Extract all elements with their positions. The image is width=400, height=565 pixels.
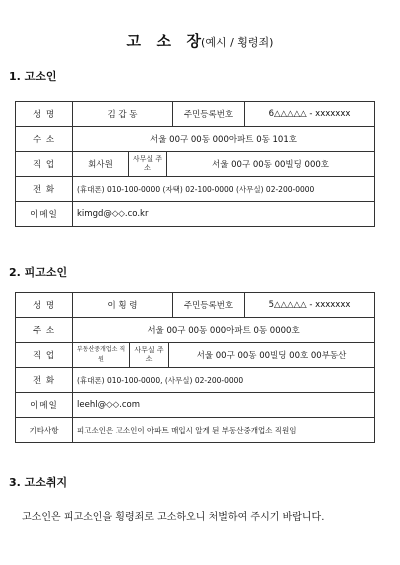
table-row: 전 화 (휴대폰) 010-100-0000 (자택) 02-100-0000 … bbox=[16, 177, 375, 202]
section-heading-purpose: 3. 고소취지 bbox=[9, 474, 67, 490]
table-row: 전 화 (휴대폰) 010-100-0000, (사무실) 02-200-000… bbox=[16, 368, 375, 393]
rrn-value: 6△△△△△ - xxxxxxx bbox=[245, 102, 375, 127]
rrn-label: 주민등록번호 bbox=[173, 293, 245, 318]
document-title: 고 소 장(예시 / 횡령죄) bbox=[0, 30, 400, 51]
email-value: leehl@◇◇.com bbox=[73, 393, 375, 418]
other-value: 피고소인은 고소인이 아파트 매입시 알게 된 부동산중개업소 직원임 bbox=[73, 418, 375, 443]
section-heading-accused: 2. 피고소인 bbox=[9, 264, 67, 280]
phone-label: 전 화 bbox=[16, 368, 73, 393]
office-label: 사무실 주소 bbox=[129, 152, 167, 177]
address-value: 서울 00구 00동 000아파트 0동 101호 bbox=[73, 127, 375, 152]
title-char-3: 장 bbox=[187, 32, 202, 50]
table-row: 직 업 부동산중개업소 직원 사무실 주소 서울 00구 00동 00빌딩 00… bbox=[16, 343, 375, 368]
table-row: 성 명 김 갑 동 주민등록번호 6△△△△△ - xxxxxxx bbox=[16, 102, 375, 127]
email-value: kimgd@◇◇.co.kr bbox=[73, 202, 375, 227]
table-row: 직 업 회사원 사무실 주소 서울 00구 00동 00빌딩 000호 bbox=[16, 152, 375, 177]
phone-value: (휴대폰) 010-100-0000 (자택) 02-100-0000 (사무실… bbox=[73, 177, 375, 202]
phone-label: 전 화 bbox=[16, 177, 73, 202]
name-value: 김 갑 동 bbox=[73, 102, 173, 127]
office-value: 서울 00구 00동 00빌딩 000호 bbox=[167, 152, 375, 177]
section-heading-complainant: 1. 고소인 bbox=[9, 68, 57, 84]
job-label: 직 업 bbox=[16, 152, 73, 177]
office-value: 서울 00구 00동 00빌딩 00호 00부동산 bbox=[169, 343, 375, 368]
accused-table: 성 명 이 횡 령 주민등록번호 5△△△△△ - xxxxxxx 주 소 서울… bbox=[15, 292, 375, 443]
job-value: 회사원 bbox=[73, 152, 129, 177]
table-row: 이메일 leehl@◇◇.com bbox=[16, 393, 375, 418]
address-value: 서울 00구 00동 000아파트 0동 0000호 bbox=[73, 318, 375, 343]
rrn-label: 주민등록번호 bbox=[173, 102, 245, 127]
phone-value: (휴대폰) 010-100-0000, (사무실) 02-200-0000 bbox=[73, 368, 375, 393]
address-label: 주 소 bbox=[16, 318, 73, 343]
title-suffix: (예시 / 횡령죄) bbox=[201, 36, 273, 49]
table-row: 수 소 서울 00구 00동 000아파트 0동 101호 bbox=[16, 127, 375, 152]
address-label: 수 소 bbox=[16, 127, 73, 152]
title-char-2: 소 bbox=[157, 32, 184, 50]
title-char-1: 고 bbox=[127, 32, 154, 50]
table-row: 이메일 kimgd@◇◇.co.kr bbox=[16, 202, 375, 227]
email-label: 이메일 bbox=[16, 202, 73, 227]
complainant-table: 성 명 김 갑 동 주민등록번호 6△△△△△ - xxxxxxx 수 소 서울… bbox=[15, 101, 375, 227]
table-row: 성 명 이 횡 령 주민등록번호 5△△△△△ - xxxxxxx bbox=[16, 293, 375, 318]
table-row: 기타사항 피고소인은 고소인이 아파트 매입시 알게 된 부동산중개업소 직원임 bbox=[16, 418, 375, 443]
name-label: 성 명 bbox=[16, 102, 73, 127]
rrn-value: 5△△△△△ - xxxxxxx bbox=[245, 293, 375, 318]
job-label: 직 업 bbox=[16, 343, 73, 368]
name-value: 이 횡 령 bbox=[73, 293, 173, 318]
table-row: 주 소 서울 00구 00동 000아파트 0동 0000호 bbox=[16, 318, 375, 343]
other-label: 기타사항 bbox=[16, 418, 73, 443]
office-label: 사무실 주소 bbox=[130, 343, 169, 368]
email-label: 이메일 bbox=[16, 393, 73, 418]
name-label: 성 명 bbox=[16, 293, 73, 318]
job-value: 부동산중개업소 직원 bbox=[73, 343, 130, 368]
complaint-purpose-text: 고소인은 피고소인을 횡령죄로 고소하오니 처벌하여 주시기 바랍니다. bbox=[22, 508, 324, 523]
